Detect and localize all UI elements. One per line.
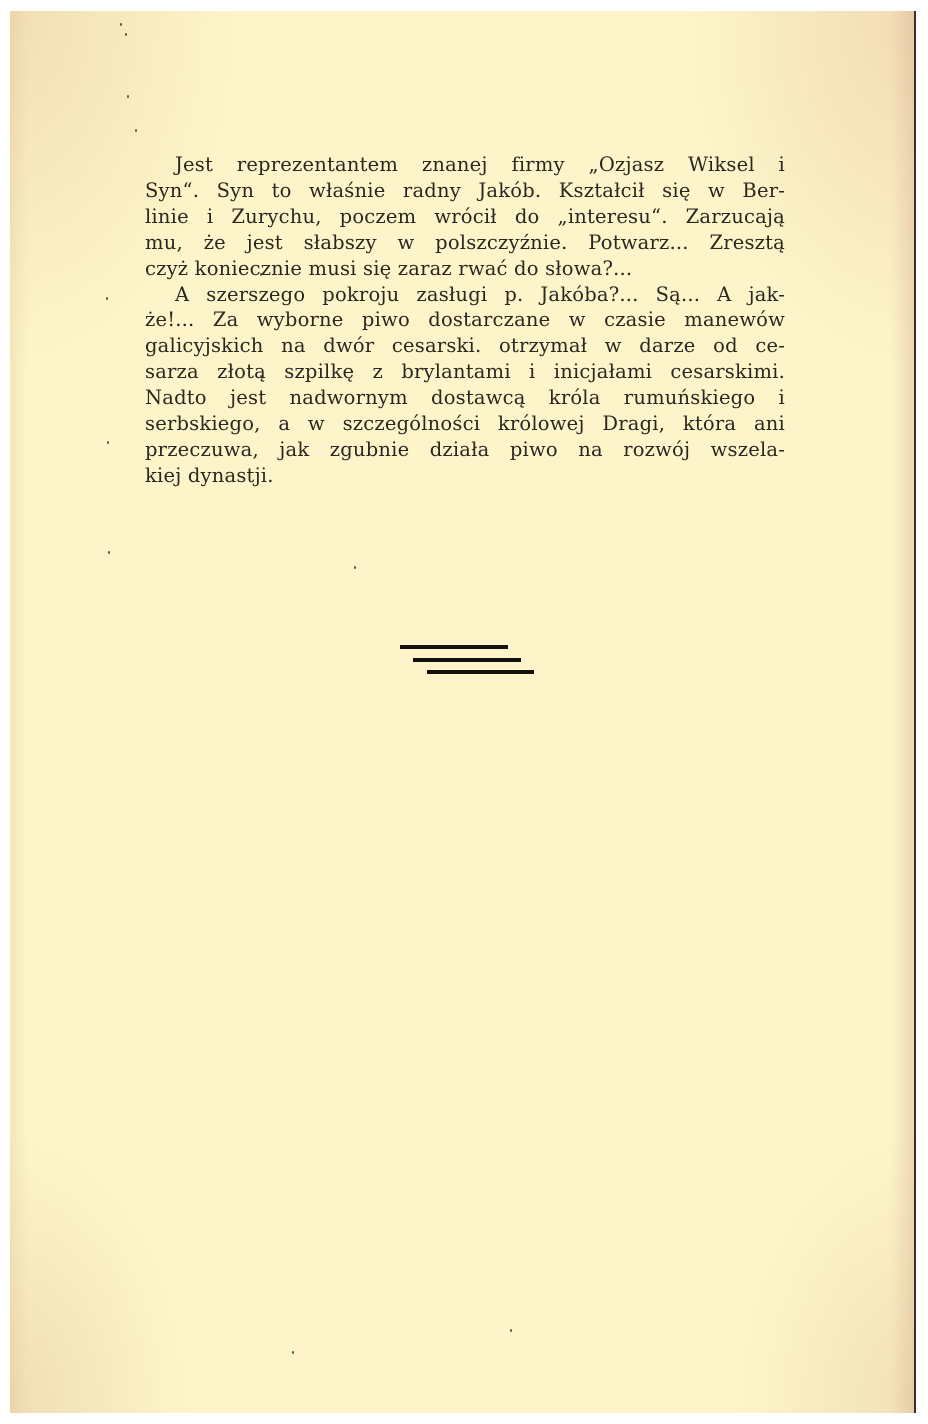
paragraph-1: Jest reprezentantem znanej firmy „Ozjasz… (145, 152, 785, 282)
text-line: że!... Za wyborne piwo dostarczane w cza… (145, 307, 785, 333)
paper-speck (106, 297, 108, 300)
paper-speck (292, 1351, 294, 1354)
ornament-rule (427, 670, 534, 674)
text-line: sarza złotą szpilkę z brylantami i inicj… (145, 359, 785, 385)
body-text: Jest reprezentantem znanej firmy „Ozjasz… (145, 152, 785, 489)
text-line: linie i Zurychu, poczem wrócił do „inter… (145, 204, 785, 230)
text-line: Syn“. Syn to właśnie radny Jakób. Kształ… (145, 178, 785, 204)
text-line: czyż koniecznie musi się zaraz rwać do s… (145, 256, 785, 282)
paper-speck (120, 23, 122, 26)
text-line: Nadto jest nadwornym dostawcą króla rumu… (145, 385, 785, 411)
ornament-rule (400, 645, 508, 649)
text-line: galicyjskich na dwór cesarski. otrzymał … (145, 333, 785, 359)
text-line: kiej dynastji. (145, 463, 785, 489)
paper-speck (127, 95, 129, 98)
text-line: mu, że jest słabszy w polszczyźnie. Potw… (145, 230, 785, 256)
page-right-edge (914, 11, 916, 1413)
paper-speck (354, 566, 356, 569)
paper-speck (510, 1329, 512, 1332)
text-line: przeczuwa, jak zgubnie działa piwo na ro… (145, 437, 785, 463)
ornament-rule (413, 658, 521, 662)
paper-speck (125, 33, 127, 36)
paper-speck (108, 551, 110, 554)
text-line: Jest reprezentantem znanej firmy „Ozjasz… (145, 152, 785, 178)
text-line: A szerszego pokroju zasługi p. Jakóba?..… (145, 282, 785, 308)
paper-speck (107, 441, 109, 444)
paper-speck (135, 129, 137, 132)
paragraph-2: A szerszego pokroju zasługi p. Jakóba?..… (145, 282, 785, 489)
text-line: serbskiego, a w szczególności królowej D… (145, 411, 785, 437)
section-end-ornament (400, 645, 540, 677)
